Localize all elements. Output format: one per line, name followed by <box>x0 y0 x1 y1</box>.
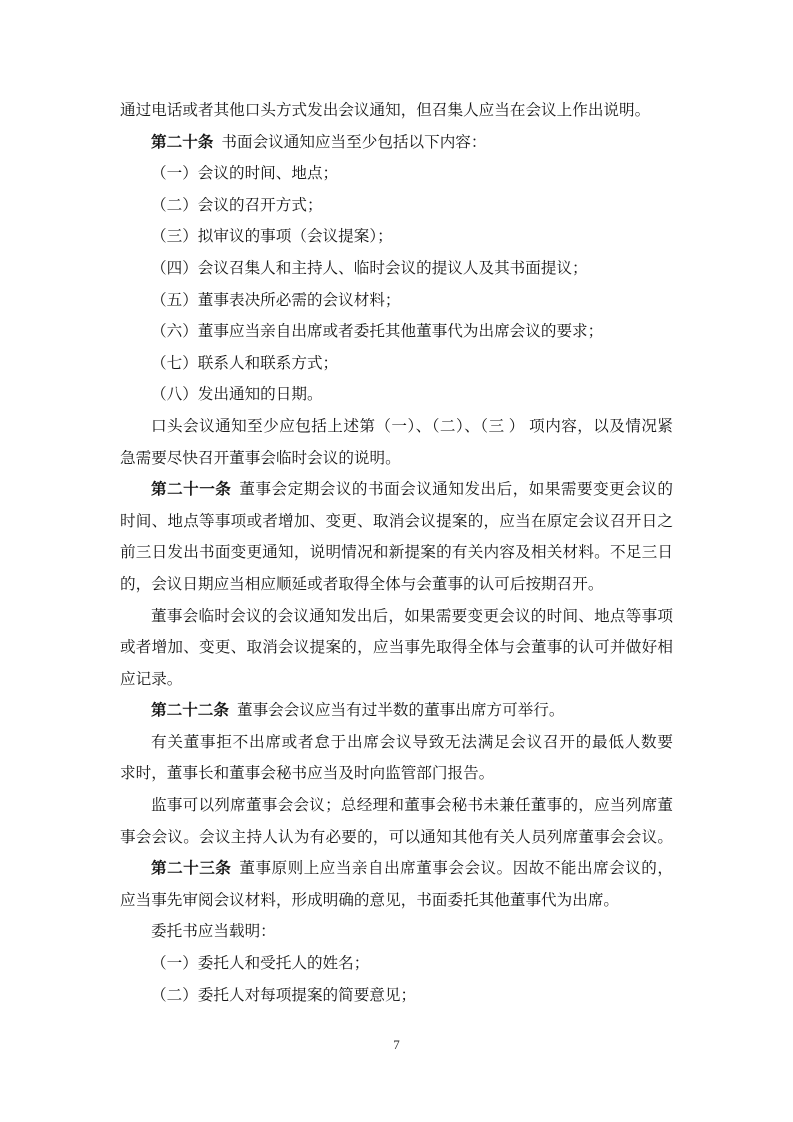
observers-paragraph-line-1: 监事可以列席董事会会议；总经理和董事会秘书未兼任董事的，应当列席董 <box>120 790 673 822</box>
notice-item-2: （二）会议的召开方式； <box>120 190 673 222</box>
article-23-paragraph-line-2: 应当事先审阅会议材料，形成明确的意见，书面委托其他董事代为出席。 <box>120 885 673 917</box>
article-21-paragraph-line-2: 时间、地点等事项或者增加、变更、取消会议提案的，应当在原定会议召开日之 <box>120 506 673 538</box>
quorum-paragraph-line-1: 有关董事拒不出席或者怠于出席会议导致无法满足会议召开的最低人数要 <box>120 727 673 759</box>
notice-item-5: （五）董事表决所必需的会议材料； <box>120 285 673 317</box>
article-20-text: 书面会议通知应当至少包括以下内容： <box>221 134 486 151</box>
oral-notice-paragraph-line-1: 口头会议通知至少应包括上述第（一）、（二）、（三 ） 项内容，以及情况紧 <box>120 411 673 443</box>
interim-notice-paragraph-line-3: 应记录。 <box>120 664 673 696</box>
document-body: 通过电话或者其他口头方式发出会议通知，但召集人应当在会议上作出说明。 第二十条书… <box>120 95 673 1011</box>
article-21-number: 第二十一条 <box>151 481 231 498</box>
article-20-number: 第二十条 <box>151 134 213 151</box>
proxy-item-2: （二）委托人对每项提案的简要意见； <box>120 980 673 1012</box>
article-22-number: 第二十二条 <box>151 702 229 719</box>
page-number: 7 <box>0 1036 793 1054</box>
article-22-heading: 第二十二条董事会会议应当有过半数的董事出席方可举行。 <box>120 695 673 727</box>
article-23-heading: 第二十三条董事原则上应当亲自出席董事会会议。因故不能出席会议的， <box>120 853 673 885</box>
notice-item-8: （八）发出通知的日期。 <box>120 379 673 411</box>
article-23-number: 第二十三条 <box>151 860 231 877</box>
notice-item-6: （六）董事应当亲自出席或者委托其他董事代为出席会议的要求； <box>120 316 673 348</box>
notice-item-7: （七）联系人和联系方式； <box>120 348 673 380</box>
article-21-heading: 第二十一条董事会定期会议的书面会议通知发出后，如果需要变更会议的 <box>120 474 673 506</box>
prev-paragraph-continuation: 通过电话或者其他口头方式发出会议通知，但召集人应当在会议上作出说明。 <box>120 95 673 127</box>
quorum-paragraph-line-2: 求时，董事长和董事会秘书应当及时向监管部门报告。 <box>120 758 673 790</box>
article-21-paragraph-line-3: 前三日发出书面变更通知，说明情况和新提案的有关内容及相关材料。不足三日 <box>120 537 673 569</box>
proxy-item-1: （一）委托人和受托人的姓名； <box>120 948 673 980</box>
notice-item-1: （一）会议的时间、地点； <box>120 158 673 190</box>
interim-notice-paragraph-line-1: 董事会临时会议的会议通知发出后，如果需要变更会议的时间、地点等事项 <box>120 601 673 633</box>
observers-paragraph-line-2: 事会会议。会议主持人认为有必要的，可以通知其他有关人员列席董事会会议。 <box>120 822 673 854</box>
oral-notice-paragraph-line-2: 急需要尽快召开董事会临时会议的说明。 <box>120 443 673 475</box>
article-21-paragraph-line-4: 的，会议日期应当相应顺延或者取得全体与会董事的认可后按期召开。 <box>120 569 673 601</box>
proxy-statement-intro: 委托书应当载明： <box>120 916 673 948</box>
interim-notice-paragraph-line-2: 或者增加、变更、取消会议提案的，应当事先取得全体与会董事的认可并做好相 <box>120 632 673 664</box>
notice-item-4: （四）会议召集人和主持人、临时会议的提议人及其书面提议； <box>120 253 673 285</box>
document-page: 通过电话或者其他口头方式发出会议通知，但召集人应当在会议上作出说明。 第二十条书… <box>0 0 793 1122</box>
article-23-text: 董事原则上应当亲自出席董事会会议。因故不能出席会议的， <box>239 860 673 877</box>
article-22-text: 董事会会议应当有过半数的董事出席方可举行。 <box>237 702 564 719</box>
article-20-heading: 第二十条书面会议通知应当至少包括以下内容： <box>120 127 673 159</box>
notice-item-3: （三）拟审议的事项（会议提案）； <box>120 221 673 253</box>
article-21-text: 董事会定期会议的书面会议通知发出后，如果需要变更会议的 <box>239 481 673 498</box>
